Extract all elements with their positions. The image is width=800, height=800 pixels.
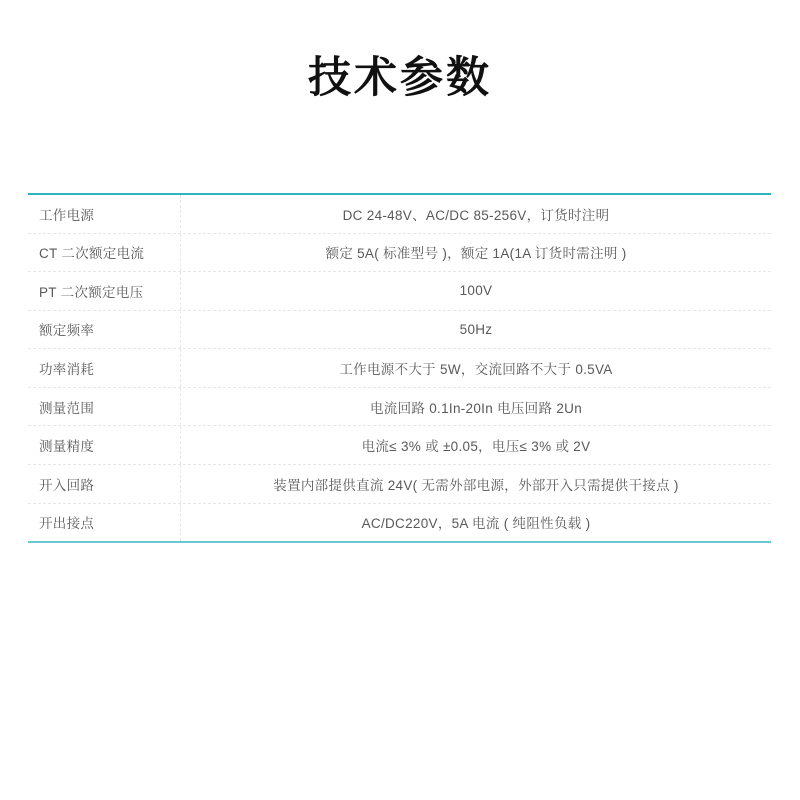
row-label: 测量范围 (28, 388, 180, 426)
table-row-rated-frequency: 额定频率 50Hz (28, 311, 771, 350)
table-row-ct-rated-current: CT 二次额定电流 额定 5A( 标准型号 )，额定 1A(1A 订货时需注明 … (28, 234, 771, 273)
row-label: CT 二次额定电流 (28, 234, 180, 272)
table-row-binary-input: 开入回路 装置内部提供直流 24V( 无需外部电源，外部开入只需提供干接点 ) (28, 465, 771, 504)
table-row-measurement-range: 测量范围 电流回路 0.1In-20In 电压回路 2Un (28, 388, 771, 427)
row-label: 开出接点 (28, 504, 180, 542)
row-label: 工作电源 (28, 195, 180, 233)
row-value: 电流回路 0.1In-20In 电压回路 2Un (180, 388, 771, 426)
row-value: DC 24-48V、AC/DC 85-256V，订货时注明 (180, 195, 771, 233)
page-title: 技术参数 (0, 44, 800, 105)
row-value: 电流≤ 3% 或 ±0.05，电压≤ 3% 或 2V (180, 426, 771, 464)
spec-table: 工作电源 DC 24-48V、AC/DC 85-256V，订货时注明 CT 二次… (28, 193, 771, 543)
row-label: 功率消耗 (28, 349, 180, 387)
row-value: 50Hz (180, 311, 771, 349)
row-value: AC/DC220V，5A 电流 ( 纯阻性负载 ) (180, 504, 771, 542)
row-label: 开入回路 (28, 465, 180, 503)
table-row-pt-rated-voltage: PT 二次额定电压 100V (28, 272, 771, 311)
row-value: 额定 5A( 标准型号 )，额定 1A(1A 订货时需注明 ) (180, 234, 771, 272)
table-row-output-contact: 开出接点 AC/DC220V，5A 电流 ( 纯阻性负载 ) (28, 504, 771, 542)
row-label: 测量精度 (28, 426, 180, 464)
row-label: PT 二次额定电压 (28, 272, 180, 310)
table-row-power-consumption: 功率消耗 工作电源不大于 5W，交流回路不大于 0.5VA (28, 349, 771, 388)
row-label: 额定频率 (28, 311, 180, 349)
technical-parameters-page: 技术参数 工作电源 DC 24-48V、AC/DC 85-256V，订货时注明 … (0, 0, 800, 800)
row-value: 100V (180, 272, 771, 310)
row-value: 工作电源不大于 5W，交流回路不大于 0.5VA (180, 349, 771, 387)
table-row-working-power: 工作电源 DC 24-48V、AC/DC 85-256V，订货时注明 (28, 195, 771, 234)
table-row-measurement-accuracy: 测量精度 电流≤ 3% 或 ±0.05，电压≤ 3% 或 2V (28, 426, 771, 465)
row-value: 装置内部提供直流 24V( 无需外部电源，外部开入只需提供干接点 ) (180, 465, 771, 503)
